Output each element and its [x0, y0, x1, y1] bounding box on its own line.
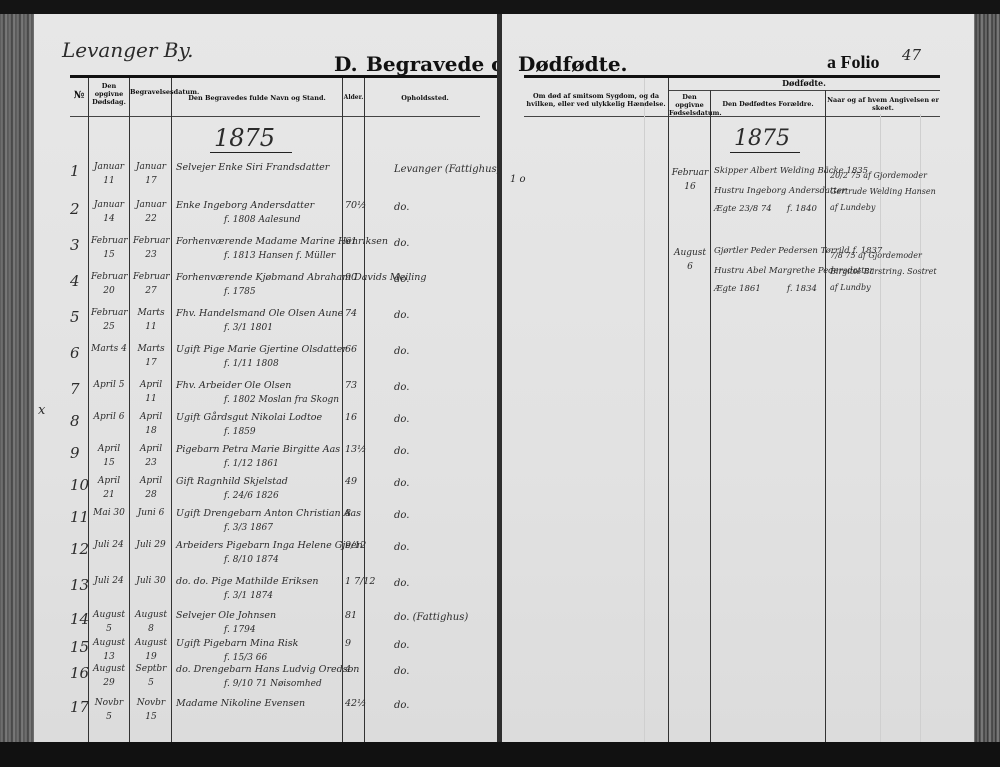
deceased-name: Pigebarn Petra Marie Birgitte Aas [176, 444, 340, 455]
residence: do. [394, 202, 409, 213]
death-date: Juli 24 [91, 574, 127, 588]
entry-number: 13 [70, 576, 89, 594]
entry-number: 5 [70, 308, 80, 326]
death-date: Novbr 5 [91, 696, 127, 724]
deceased-name: Ugift Pigebarn Mina Risk [176, 638, 298, 649]
col-header-birth-date: Den opgivne Fødselsdatum. [669, 93, 710, 117]
margin-mark: x [38, 403, 45, 418]
deceased-name: Arbeiders Pigebarn Inga Helene Gjeen [176, 540, 363, 551]
entry-number: 6 [70, 344, 80, 362]
col-header-residence: Opholdssted. [365, 94, 485, 102]
entry-number: 12 [70, 540, 89, 558]
burial-date: Marts 17 [133, 342, 169, 370]
col-divider [129, 78, 130, 742]
burial-date: Juli 29 [133, 538, 169, 552]
birth-note: f. 1808 Aalesund [224, 215, 301, 225]
deceased-name: Fhv. Arbeider Ole Olsen [176, 380, 291, 391]
birth-note: f. 1813 Hansen f. Müller [224, 251, 335, 261]
col-divider [668, 78, 669, 742]
age: 1 7/12 [345, 576, 375, 587]
residence: do. [394, 578, 409, 589]
entry-number: 2 [70, 200, 80, 218]
faint-line [644, 78, 645, 742]
page-stack-right [972, 14, 1000, 744]
death-date: Marts 4 [91, 342, 127, 356]
group-header-stillbirths: Dødfødte. [668, 79, 940, 87]
deceased-name: Forhenværende Kjøbmand Abraham Davids Me… [176, 272, 427, 283]
death-date: Februar 15 [91, 234, 127, 262]
burial-date: Juni 6 [133, 506, 169, 520]
header-bottom-rule [70, 116, 480, 117]
burial-date: April 23 [133, 442, 169, 470]
birth-note: f. 24/6 1826 [224, 491, 279, 501]
death-date: Juli 24 [91, 538, 127, 552]
entry-number: 11 [70, 508, 89, 526]
place-handwritten: Levanger By. [62, 38, 193, 62]
burial-date: April 11 [133, 378, 169, 406]
folio-number: 47 [902, 46, 921, 64]
death-date: August 5 [91, 608, 127, 636]
age: 61 [345, 236, 357, 247]
entry-number: 7 [70, 380, 80, 398]
col-header-burial-date: Begravelsesdatum. [130, 88, 171, 96]
age: 9/12 [345, 540, 366, 551]
age: 66 [345, 344, 357, 355]
header-bottom-rule-right [524, 116, 940, 117]
burial-date: Januar 17 [133, 160, 169, 188]
residence: do. [394, 478, 409, 489]
age: 16 [345, 412, 357, 423]
residence: do. [394, 542, 409, 553]
col-header-cause: Om død af smitsom Sygdom, og da hvilken,… [524, 92, 668, 108]
col-header-name: Den Begravedes fulde Navn og Stand. [172, 94, 342, 102]
age: 49 [345, 476, 357, 487]
death-date: Januar 11 [91, 160, 127, 188]
cause-mark: 1 o [510, 174, 526, 185]
birth-note: f. 1802 Moslan fra Skogn [224, 395, 339, 405]
marriage-date: Ægte 23/8 74 [714, 204, 772, 214]
death-date: August 29 [91, 662, 127, 690]
right-page: Dødfødte. a Folio 47 Om død af smitsom S… [502, 14, 974, 744]
deceased-name: Fhv. Handelsmand Ole Olsen Aune [176, 308, 343, 319]
residence: do. [394, 310, 409, 321]
entry-number: 14 [70, 610, 89, 628]
burial-date: Januar 22 [133, 198, 169, 226]
scan-bottom-edge [0, 742, 1000, 767]
residence: do. [394, 510, 409, 521]
stillbirth-date: Februar 16 [670, 166, 710, 194]
birth-note: f. 1/11 1808 [224, 359, 279, 369]
deceased-name: Selvejer Enke Siri Frandsdatter [176, 162, 329, 173]
deceased-name: Ugift Pige Marie Gjertine Olsdatter [176, 344, 347, 355]
residence: do. [394, 700, 409, 711]
death-date: April 6 [91, 410, 127, 424]
entry-number: 1 [70, 162, 80, 180]
col-divider [342, 78, 343, 742]
burial-date: Novbr 15 [133, 696, 169, 724]
col-divider [171, 78, 172, 742]
folio-label: a Folio [827, 52, 880, 73]
entry-number: 17 [70, 698, 89, 716]
entry-number: 4 [70, 272, 80, 290]
residence: do. [394, 414, 409, 425]
deceased-name: Gift Ragnhild Skjelstad [176, 476, 288, 487]
header-top-rule [70, 75, 498, 78]
death-date: April 15 [91, 442, 127, 470]
residence: do. [394, 274, 409, 285]
mother: Hustru Ingeborg Andersdatter [714, 186, 846, 196]
page-title-left: Begravede og [366, 52, 518, 76]
age: 81 [345, 610, 357, 621]
residence: do. [394, 446, 409, 457]
entry-number: 16 [70, 664, 89, 682]
burial-date: August 19 [133, 636, 169, 664]
deceased-name: do. do. Pige Mathilde Eriksen [176, 576, 319, 587]
col-divider [364, 78, 365, 742]
residence: do. [394, 640, 409, 651]
burial-date: Februar 27 [133, 270, 169, 298]
residence: do. [394, 346, 409, 357]
age: 8 [345, 508, 351, 519]
burial-date: Septbr 5 [133, 662, 169, 690]
year-underline [210, 152, 292, 153]
col-header-death-date: Den opgivne Dødsdag. [89, 82, 129, 106]
death-date: August 13 [91, 636, 127, 664]
birth-note: f. 3/1 1801 [224, 323, 273, 333]
section-letter: D. [334, 52, 358, 76]
birth-note: f. 1794 [224, 625, 256, 635]
reported-by: 20/2 75 af Gjordemoder Gertrude Welding … [830, 168, 940, 216]
age: 4 [345, 664, 351, 675]
deceased-name: Ugift Drengebarn Anton Christian Aas [176, 508, 361, 519]
col-divider [710, 90, 711, 742]
death-date: April 5 [91, 378, 127, 392]
deceased-name: Selvejer Ole Johnsen [176, 610, 276, 621]
left-page: Levanger By. D. Begravede og № Den opgiv… [34, 14, 498, 744]
col-header-reported: Naar og af hvem Angivelsen er skeet. [826, 96, 940, 112]
col-header-no: № [70, 92, 88, 100]
stillbirth-date: August 6 [670, 246, 710, 274]
entry-number: 9 [70, 444, 80, 462]
reported-by: 7/8 75 af Gjordemoder Birgitte Barstring… [830, 248, 940, 296]
age: 42½ [345, 698, 366, 709]
scanned-register-book: Levanger By. D. Begravede og № Den opgiv… [0, 0, 1000, 767]
burial-date: Marts 11 [133, 306, 169, 334]
mother-birth: f. 1840 [787, 204, 817, 214]
group-header-rule [668, 90, 940, 91]
burial-date: April 18 [133, 410, 169, 438]
age: 90 [345, 272, 357, 283]
mother-birth: f. 1834 [787, 284, 817, 294]
year-label: 1875 [214, 124, 275, 152]
page-title-right: Dødfødte. [518, 52, 628, 76]
year-label-right: 1875 [734, 126, 790, 151]
death-date: April 21 [91, 474, 127, 502]
deceased-name: Enke Ingeborg Andersdatter [176, 200, 314, 211]
age: 70½ [345, 200, 366, 211]
entry-number: 3 [70, 236, 80, 254]
birth-note: f. 1785 [224, 287, 256, 297]
age: 13½ [345, 444, 366, 455]
entry-number: 15 [70, 638, 89, 656]
residence: do. [394, 382, 409, 393]
entry-number: 10 [70, 476, 89, 494]
header-top-rule-right [524, 75, 940, 78]
residence: do. [394, 238, 409, 249]
col-header-age: Alder. [343, 94, 364, 102]
age: 9 [345, 638, 351, 649]
residence: do. (Fattighus) [394, 612, 468, 623]
burial-date: August 8 [133, 608, 169, 636]
deceased-name: Ugift Gårdsgut Nikolai Lodtoe [176, 412, 322, 423]
birth-note: f. 3/3 1867 [224, 523, 273, 533]
birth-note: f. 15/3 66 [224, 653, 267, 663]
birth-note: f. 1/12 1861 [224, 459, 279, 469]
death-date: Februar 25 [91, 306, 127, 334]
age: 74 [345, 308, 357, 319]
birth-note: f. 8/10 1874 [224, 555, 279, 565]
year-underline-right [730, 152, 800, 153]
residence: Levanger (Fattighus) [394, 164, 501, 175]
deceased-name: do. Drengebarn Hans Ludvig Oredson [176, 664, 359, 675]
entry-number: 8 [70, 412, 80, 430]
burial-date: Juli 30 [133, 574, 169, 588]
col-header-parents: Den Dødfødtes Forældre. [711, 100, 825, 108]
death-date: Januar 14 [91, 198, 127, 226]
birth-note: f. 1859 [224, 427, 256, 437]
residence: do. [394, 666, 409, 677]
death-date: Mai 30 [91, 506, 127, 520]
death-date: Februar 20 [91, 270, 127, 298]
deceased-name: Madame Nikoline Evensen [176, 698, 305, 709]
page-stack-left [0, 14, 36, 744]
age: 73 [345, 380, 357, 391]
birth-note: f. 3/1 1874 [224, 591, 273, 601]
burial-date: Februar 23 [133, 234, 169, 262]
birth-note: f. 9/10 71 Nøisomhed [224, 679, 322, 689]
burial-date: April 28 [133, 474, 169, 502]
marriage-date: Ægte 1861 [714, 284, 761, 294]
